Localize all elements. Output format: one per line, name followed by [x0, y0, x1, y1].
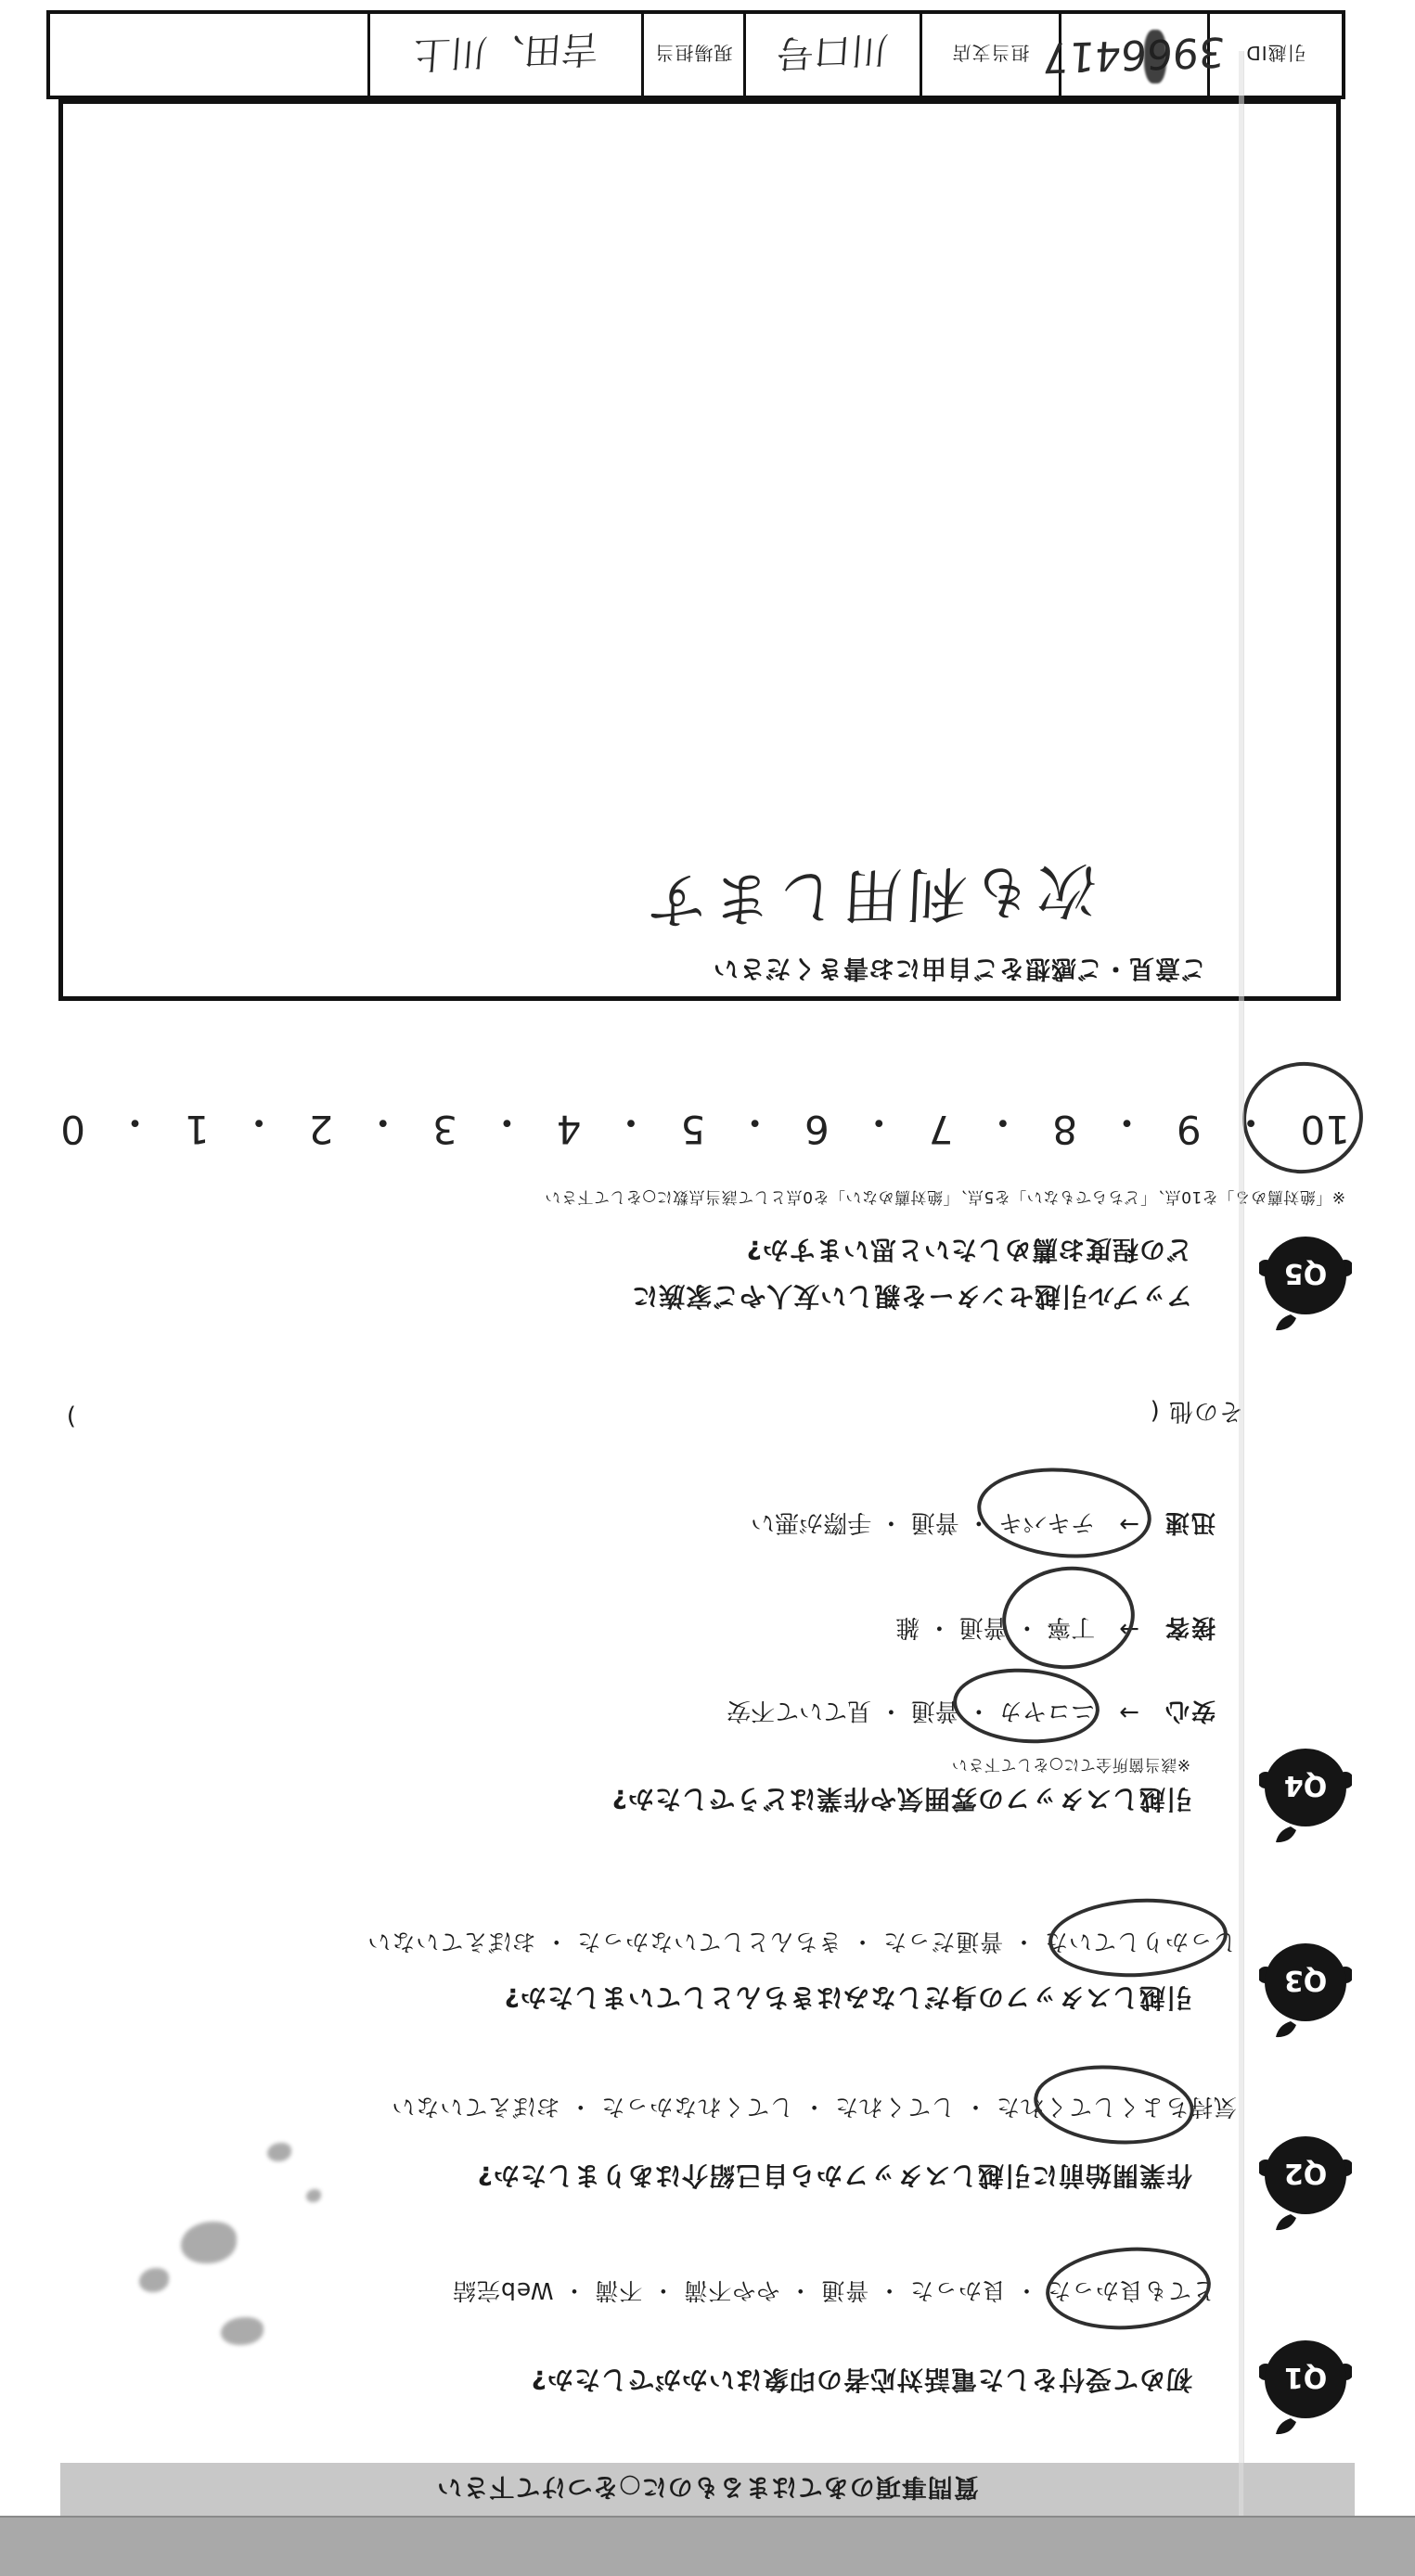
instruction-bar-text: 質問事項のあてはまるものに○をつけて下さい: [436, 2472, 979, 2508]
id-table-value-moving-id: 3966417: [1059, 14, 1207, 96]
q4-jinsoku-answer-circle: [973, 1461, 1155, 1565]
q3-answer-circle: [1047, 1894, 1229, 1981]
instruction-bar: 質問事項のあてはまるものに○をつけて下さい: [60, 2463, 1355, 2517]
nps-scale-item: 4: [557, 1096, 582, 1152]
nps-scale-item: 5: [680, 1096, 705, 1152]
q3-badge-label: Q3: [1284, 1964, 1327, 1996]
marker-smudge: [1144, 30, 1166, 83]
nps-scale-item: 3: [432, 1096, 457, 1152]
id-table-empty-cell: [50, 14, 367, 96]
q3-mascot-badge-icon: Q3: [1259, 1938, 1352, 2040]
survey-sheet-rotated-180: 質問事項のあてはまるものに○をつけて下さい Q1 初めて受付をした電話対応者の印…: [0, 0, 1415, 2576]
q2-question-text: 作業開始前に引越しスタッフから自己紹介はありましたか?: [477, 2159, 1192, 2196]
q2-mascot-badge-icon: Q2: [1259, 2131, 1352, 2233]
nps-scale-item: 1: [185, 1096, 210, 1152]
nps-scale-item: ・: [239, 1096, 278, 1152]
nps-scale-item: 2: [309, 1096, 334, 1152]
q2-answer-circle: [1031, 2059, 1198, 2151]
nps-scale-item: 0: [60, 1096, 85, 1152]
id-table-value-staff: 吉田、川上: [367, 14, 641, 96]
q4-row-anshin-label: 安心: [1164, 1696, 1216, 1730]
nps-scale-item: ・: [1107, 1096, 1146, 1152]
q4-badge-label: Q4: [1284, 1769, 1327, 1801]
nps-scale-item: ・: [487, 1096, 526, 1152]
nps-scale-item: ・: [611, 1096, 650, 1152]
q3-question-text: 引越しスタッフの身だしなみはきちんとしていましたか?: [504, 1980, 1192, 2018]
q1-question-text: 初めて受付をした電話対応者の印象はいかがでしたか?: [531, 2363, 1192, 2400]
q4-row-sekkyaku-label: 接客: [1164, 1612, 1216, 1647]
q5-nps-scale: 10・9・8・7・6・5・4・3・2・1・0: [60, 1096, 1350, 1152]
nps-scale-item: ・: [115, 1096, 154, 1152]
q4-note: ※該当箇所全てに○をして下さい: [951, 1755, 1190, 1778]
comment-box: ご意見・ご感想をご自由にお書きください 次も利用します: [58, 99, 1341, 1001]
q4-question-text: 引越しスタッフの雰囲気や作業はどうでしたか?: [611, 1782, 1192, 1819]
nps-scale-item: 7: [929, 1096, 954, 1152]
q1-answer-circle: [1043, 2242, 1214, 2335]
moving-id-handwriting: 3966417: [1042, 28, 1227, 82]
q5-question-line1: アップル引越センターを親しい友人やご家族に: [631, 1279, 1192, 1316]
q1-badge-label: Q1: [1284, 2361, 1327, 2393]
id-table-label-moving-id: 引越ID: [1207, 14, 1342, 96]
staff-handwriting: 吉田、川上: [411, 25, 600, 84]
scanner-edge-strip: [0, 2516, 1415, 2576]
q5-mascot-badge-icon: Q5: [1259, 1231, 1352, 1333]
q4-other-open: その他 (: [1150, 1396, 1243, 1430]
q2-badge-label: Q2: [1284, 2157, 1327, 2189]
nps-scale-item: 9: [1177, 1096, 1202, 1152]
comment-handwriting: 次も利用します: [640, 852, 1099, 949]
nps-scale-item: 6: [804, 1096, 830, 1152]
q4-row-anshin-arrow-icon: →: [1119, 1699, 1139, 1727]
scanned-survey-page: 質問事項のあてはまるものに○をつけて下さい Q1 初めて受付をした電話対応者の印…: [0, 0, 1415, 2576]
q5-note: ※「絶対薦める」を10点、「どちらでもない」を5点、「絶対薦めない」を0点として…: [545, 1187, 1345, 1211]
nps-scale-item: ・: [736, 1096, 775, 1152]
id-table-label-branch: 担当支店: [920, 14, 1059, 96]
nps-scale-item: ・: [984, 1096, 1023, 1152]
comment-box-prompt: ご意見・ご感想をご自由にお書きください: [713, 953, 1206, 989]
q4-sekkyaku-answer-circle: [997, 1560, 1140, 1675]
q4-anshin-answer-circle: [950, 1664, 1101, 1749]
q4-row-jinsoku-label: 迅速: [1164, 1507, 1216, 1542]
branch-handwriting: 川口号: [776, 26, 891, 83]
q1-mascot-badge-icon: Q1: [1259, 2335, 1352, 2437]
q5-question-line2: どの程度お薦めしたいと思いますか?: [746, 1233, 1192, 1270]
id-table-value-branch: 川口号: [743, 14, 920, 96]
q5-answer-circle: [1236, 1056, 1370, 1181]
q4-other-close: ): [66, 1403, 76, 1430]
q4-mascot-badge-icon: Q4: [1259, 1743, 1352, 1845]
id-table-label-staff: 現場担当: [641, 14, 743, 96]
nps-scale-item: 8: [1052, 1096, 1077, 1152]
q5-badge-label: Q5: [1284, 1257, 1327, 1289]
nps-scale-item: ・: [859, 1096, 898, 1152]
nps-scale-item: ・: [364, 1096, 403, 1152]
